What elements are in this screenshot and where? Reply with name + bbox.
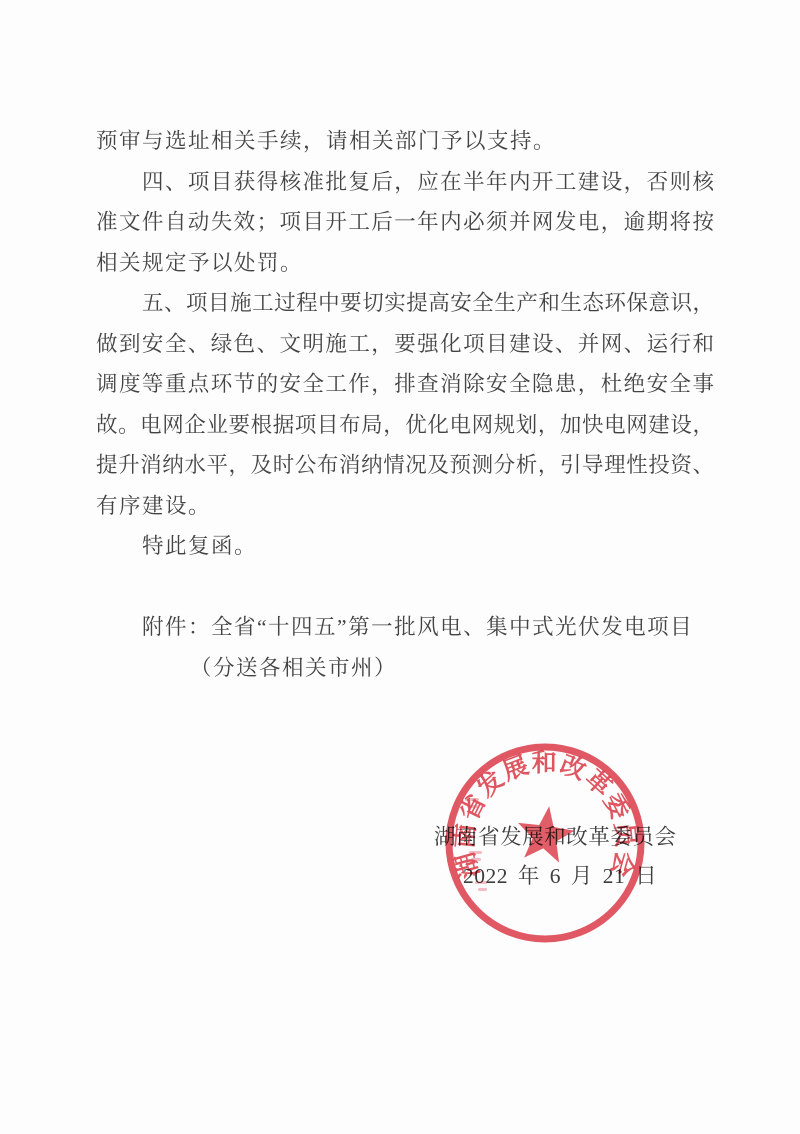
document-line: 准文件自动失效；项目开工后一年内必须并网发电，逾期将按: [96, 202, 714, 243]
scanned-letter-page: 预审与选址相关手续，请相关部门予以支持。 四、项目获得核准批复后，应在半年内开工…: [0, 0, 800, 1134]
document-line: 做到安全、绿色、文明施工，要强化项目建设、并网、运行和: [96, 324, 714, 365]
document-line: 相关规定予以处罚。: [96, 243, 714, 284]
document-line: 四、项目获得核准批复后，应在半年内开工建设，否则核: [96, 162, 714, 203]
star-icon: [513, 802, 577, 864]
document-line: 有序建设。: [96, 486, 714, 527]
document-line: 预审与选址相关手续，请相关部门予以支持。: [96, 121, 714, 162]
attachment-distribution-line: （分送各相关市州）: [96, 648, 714, 689]
document-line: 故。电网企业要根据项目布局，优化电网规划，加快电网建设，: [96, 405, 714, 446]
closing-line: 特此复函。: [96, 526, 714, 567]
document-line: 调度等重点环节的安全工作，排查消除安全隐患，杜绝安全事: [96, 364, 714, 405]
letter-body: 预审与选址相关手续，请相关部门予以支持。 四、项目获得核准批复后，应在半年内开工…: [96, 121, 714, 688]
attachment-line: 附件：全省“十四五”第一批风电、集中式光伏发电项目: [96, 607, 714, 648]
official-seal: 湖南省发展和改革委员会: [435, 733, 655, 953]
document-line: 提升消纳水平，及时公布消纳情况及预测分析，引导理性投资、: [96, 445, 714, 486]
blank-line: [96, 567, 714, 608]
document-line: 五、项目施工过程中要切实提高安全生产和生态环保意识，: [96, 283, 714, 324]
